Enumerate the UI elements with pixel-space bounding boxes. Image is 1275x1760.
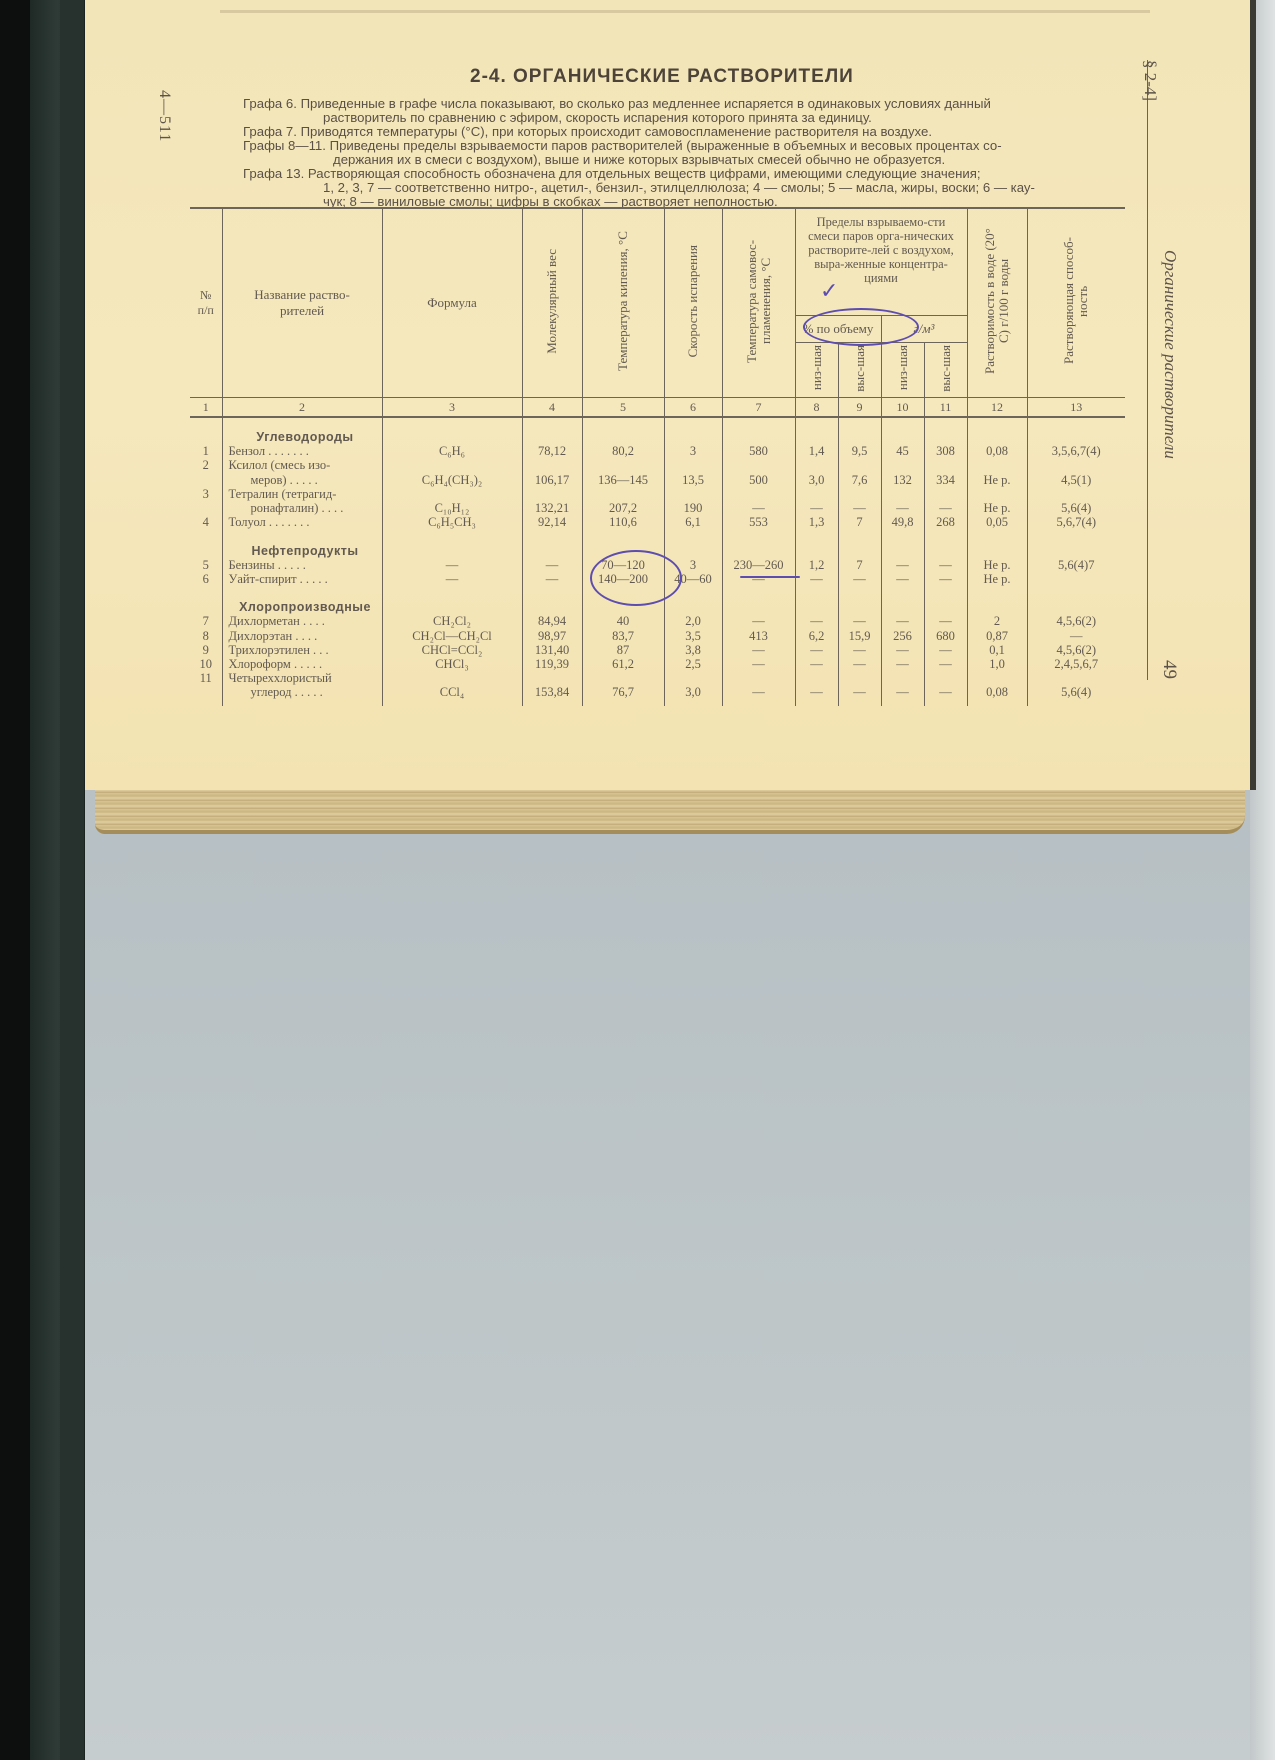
spacer: [190, 544, 222, 558]
pen-underline-autoignition: [740, 576, 800, 578]
cell-value: 119,39: [523, 657, 582, 671]
spacer: [723, 671, 795, 685]
spacer: [925, 544, 967, 558]
group-heading: Нефтепродукты: [229, 544, 382, 558]
page-number: 49: [1158, 660, 1180, 679]
header-num: № п/п: [190, 209, 222, 398]
header-formula: Формула: [382, 209, 522, 398]
spacer: [523, 586, 582, 600]
cell-value: —: [925, 643, 967, 657]
header-dissolving: Растворяющая способ-ность: [1027, 209, 1125, 398]
spacer: [1028, 671, 1126, 685]
spacer: [796, 600, 838, 614]
header-mol-weight: Молекулярный вес: [522, 209, 582, 398]
column-number: 13: [1027, 398, 1125, 418]
cell-value: —: [723, 614, 795, 628]
cell-value: —: [882, 685, 924, 699]
spacer: [1028, 430, 1126, 444]
spacer: [665, 430, 722, 444]
spacer: [383, 430, 522, 444]
solvent-name: углерод . . . . .: [229, 685, 382, 699]
spacer: [925, 487, 967, 501]
cell-value: 10: [190, 657, 222, 671]
cell-value: —: [796, 614, 838, 628]
solvents-table: № п/п Название раство-рителей Формула Мо…: [190, 207, 1125, 706]
spacer: [925, 430, 967, 444]
cell-value: 308: [925, 444, 967, 458]
spacer: [523, 430, 582, 444]
cell-value: —: [925, 501, 967, 515]
cell-value: [1028, 572, 1126, 586]
spacer: [796, 430, 838, 444]
cell-value: CH₂Cl₂: [383, 614, 522, 628]
cell-value: 7: [839, 515, 881, 529]
spacer: [968, 600, 1027, 614]
cell-value: 2: [968, 614, 1027, 628]
solvent-name: Бензол . . . . . . .: [229, 444, 382, 458]
cell-value: 413: [723, 629, 795, 643]
spacer: [665, 487, 722, 501]
column-number: 4: [522, 398, 582, 418]
cell-value: 500: [723, 473, 795, 487]
spacer: [523, 458, 582, 472]
spacer: [882, 600, 924, 614]
cell-value: —: [839, 501, 881, 515]
cell-value: C₆H₄(CH₃)₂: [383, 473, 522, 487]
cell-value: —: [839, 643, 881, 657]
spacer: [723, 458, 795, 472]
cell-value: Не р.: [968, 501, 1027, 515]
cell-value: 334: [925, 473, 967, 487]
spacer: [383, 529, 522, 543]
group-heading: Хлоропроизводные: [229, 600, 382, 614]
cell-value: 7,6: [839, 473, 881, 487]
spacer: [796, 586, 838, 600]
cell-value: 4,5,6(2): [1028, 643, 1126, 657]
cell-value: 0,08: [968, 444, 1027, 458]
cell-value: 3: [665, 444, 722, 458]
cell-value: 49,8: [882, 515, 924, 529]
column-diss: 3,5,6,7(4)4,5(1)5,6(4)5,6,7(4)5,6(4)74,5…: [1027, 417, 1125, 706]
spacer: [723, 586, 795, 600]
cell-value: —: [839, 572, 881, 586]
spacer: [925, 671, 967, 685]
spacer: [383, 671, 522, 685]
cell-value: 3,5: [665, 629, 722, 643]
cell-value: 9: [190, 643, 222, 657]
spacer: [665, 600, 722, 614]
cell-value: 83,7: [583, 629, 664, 643]
spacer: [523, 671, 582, 685]
solvent-name: Хлороформ . . . . .: [229, 657, 382, 671]
cell-value: 5,6(4)7: [1028, 558, 1126, 572]
spacer: [723, 430, 795, 444]
spacer: [723, 600, 795, 614]
cell-value: 61,2: [583, 657, 664, 671]
spacer: [723, 487, 795, 501]
solvent-name: Тетралин (тетрагид-: [229, 487, 382, 501]
cell-value: —: [723, 501, 795, 515]
spacer: [882, 458, 924, 472]
scanner-glass-background: [85, 830, 1250, 1760]
signature-mark: 4—511: [155, 90, 173, 142]
cell-value: 3,8: [665, 643, 722, 657]
spacer: [968, 487, 1027, 501]
running-title: Органические растворители: [1160, 250, 1180, 459]
solvent-name: ронафталин) . . . .: [229, 501, 382, 515]
spacer: [229, 529, 382, 543]
spacer: [1028, 586, 1126, 600]
cell-value: 6,2: [796, 629, 838, 643]
cell-value: 98,97: [523, 629, 582, 643]
group-heading: Углеводороды: [229, 430, 382, 444]
spacer: [583, 430, 664, 444]
column-mw: 78,12106,17132,2192,14——84,9498,97131,40…: [522, 417, 582, 706]
spacer: [383, 544, 522, 558]
header-g-upper: выс-шая: [924, 343, 967, 398]
cell-value: —: [796, 657, 838, 671]
cell-value: 2: [190, 458, 222, 472]
cell-value: 87: [583, 643, 664, 657]
spacer: [796, 529, 838, 543]
spacer: [190, 501, 222, 515]
spacer: [1028, 529, 1126, 543]
cell-value: 1,4: [796, 444, 838, 458]
spacer: [190, 685, 222, 699]
spacer: [665, 544, 722, 558]
header-vol-lower: низ-шая: [795, 343, 838, 398]
cell-value: C₆H₆: [383, 444, 522, 458]
spacer: [583, 529, 664, 543]
solvent-name: Толуол . . . . . . .: [229, 515, 382, 529]
cell-value: 15,9: [839, 629, 881, 643]
spacer: [882, 529, 924, 543]
cell-value: 1,2: [796, 558, 838, 572]
column-number: 1: [190, 398, 222, 418]
pen-checkmark-icon: ✓: [820, 278, 838, 304]
cell-value: 5,6,7(4): [1028, 515, 1126, 529]
cell-value: 5: [190, 558, 222, 572]
cell-value: CH₂Cl—CH₂Cl: [383, 629, 522, 643]
section-title: 2-4. ОРГАНИЧЕСКИЕ РАСТВОРИТЕЛИ: [470, 66, 854, 88]
cell-value: CCl₄: [383, 685, 522, 699]
cell-value: —: [839, 614, 881, 628]
spacer: [523, 487, 582, 501]
solvent-name: меров) . . . . .: [229, 473, 382, 487]
spacer: [583, 671, 664, 685]
cell-value: C₆H₅CH₃: [383, 515, 522, 529]
cell-value: 84,94: [523, 614, 582, 628]
spacer: [190, 600, 222, 614]
spacer: [723, 529, 795, 543]
section-mark: § 2-4]: [1140, 60, 1160, 101]
cell-value: 76,7: [583, 685, 664, 699]
header-name: Название раство-рителей: [222, 209, 382, 398]
cell-value: —: [796, 572, 838, 586]
spacer: [839, 458, 881, 472]
spacer: [925, 586, 967, 600]
column-number: 12: [967, 398, 1027, 418]
column-number: 3: [382, 398, 522, 418]
spacer: [925, 458, 967, 472]
cell-value: 11: [190, 671, 222, 685]
cell-value: 106,17: [523, 473, 582, 487]
cell-value: —: [383, 558, 522, 572]
cell-value: —: [925, 572, 967, 586]
note-line: 1, 2, 3, 7 — соответственно нитро-, ацет…: [243, 181, 1133, 195]
header-autoignition: Температура самовос-пламенения, °С: [722, 209, 795, 398]
spacer: [383, 458, 522, 472]
spacer: [968, 544, 1027, 558]
spacer: [796, 487, 838, 501]
cell-value: 3: [190, 487, 222, 501]
spacer: [839, 430, 881, 444]
cell-value: 3,0: [665, 685, 722, 699]
spacer: [968, 430, 1027, 444]
cell-value: 553: [723, 515, 795, 529]
column-number: 6: [664, 398, 722, 418]
spacer: [190, 586, 222, 600]
column-number: 2: [222, 398, 382, 418]
column-number: 5: [582, 398, 664, 418]
cell-value: 207,2: [583, 501, 664, 515]
spacer: [190, 529, 222, 543]
cell-value: 1,3: [796, 515, 838, 529]
cell-value: 6,1: [665, 515, 722, 529]
pen-circle-pct-volume: [803, 308, 919, 346]
cell-value: 190: [665, 501, 722, 515]
note-line: Графа 13. Растворяющая способность обозн…: [243, 167, 1133, 181]
cell-value: —: [723, 572, 795, 586]
spacer: [968, 458, 1027, 472]
book-cover-shade: [60, 0, 84, 1760]
spacer: [839, 600, 881, 614]
cell-value: —: [796, 501, 838, 515]
cell-value: —: [839, 685, 881, 699]
spacer: [523, 544, 582, 558]
cell-value: 0,05: [968, 515, 1027, 529]
spacer: [523, 529, 582, 543]
spacer: [839, 544, 881, 558]
page-stack-edge: [95, 785, 1245, 834]
cell-value: —: [925, 685, 967, 699]
spacer: [229, 586, 382, 600]
spacer: [882, 430, 924, 444]
cell-value: 0,08: [968, 685, 1027, 699]
spacer: [839, 671, 881, 685]
cell-value: 131,40: [523, 643, 582, 657]
cell-value: —: [882, 572, 924, 586]
cell-value: —: [839, 657, 881, 671]
spacer: [925, 529, 967, 543]
cell-value: —: [1028, 629, 1126, 643]
cell-value: —: [723, 657, 795, 671]
column-ign: 580500—553230—260——413———: [722, 417, 795, 706]
cell-value: 4,5(1): [1028, 473, 1126, 487]
cell-value: 45: [882, 444, 924, 458]
cell-value: —: [882, 643, 924, 657]
header-solubility: Растворимость в воде (20° С) г/100 г вод…: [967, 209, 1027, 398]
cell-value: 268: [925, 515, 967, 529]
cell-value: 1: [190, 444, 222, 458]
spacer: [925, 600, 967, 614]
cell-value: —: [925, 558, 967, 572]
cell-value: 7: [839, 558, 881, 572]
spacer: [583, 458, 664, 472]
spacer: [968, 671, 1027, 685]
cell-value: —: [796, 685, 838, 699]
cell-value: 92,14: [523, 515, 582, 529]
cell-value: Не р.: [968, 558, 1027, 572]
cell-value: —: [796, 643, 838, 657]
cell-value: 13,5: [665, 473, 722, 487]
cell-value: 40: [583, 614, 664, 628]
cell-value: 3,0: [796, 473, 838, 487]
cell-value: 4,5,6(2): [1028, 614, 1126, 628]
spacer: [583, 487, 664, 501]
spacer: [968, 586, 1027, 600]
note-line: Графа 6. Приведенные в графе числа показ…: [243, 97, 1133, 111]
pen-circle-petroleum-boiling: [590, 550, 682, 606]
scanner-background-left: [0, 0, 30, 1760]
spacer: [523, 600, 582, 614]
solvent-name: Четыреххлористый: [229, 671, 382, 685]
spacer: [190, 473, 222, 487]
cell-value: —: [523, 558, 582, 572]
cell-value: 9,5: [839, 444, 881, 458]
column-number: 8: [795, 398, 838, 418]
table-header-row: № п/п Название раство-рителей Формула Мо…: [190, 209, 1125, 316]
header-g-lower: низ-шая: [881, 343, 924, 398]
column-number: 9: [838, 398, 881, 418]
spacer: [1028, 544, 1126, 558]
cell-value: 256: [882, 629, 924, 643]
cell-value: —: [723, 685, 795, 699]
cell-value: 78,12: [523, 444, 582, 458]
solvent-name: Бензины . . . . .: [229, 558, 382, 572]
cell-value: 136—145: [583, 473, 664, 487]
cell-value: —: [882, 614, 924, 628]
cell-value: Не р.: [968, 473, 1027, 487]
note-line: Графа 7. Приводятся температуры (°С), пр…: [243, 125, 1133, 139]
page-fold-line: [220, 10, 1150, 13]
cell-value: —: [882, 657, 924, 671]
note-line: Графы 8—11. Приведены пределы взрываемос…: [243, 139, 1133, 153]
cell-value: 153,84: [523, 685, 582, 699]
column-v_lo: 1,43,0—1,31,2——6,2———: [795, 417, 838, 706]
spacer: [882, 671, 924, 685]
cell-value: 132,21: [523, 501, 582, 515]
cell-value: 2,0: [665, 614, 722, 628]
column-v_hi: 9,57,6—77——15,9———: [838, 417, 881, 706]
cell-value: 580: [723, 444, 795, 458]
cell-value: 0,1: [968, 643, 1027, 657]
solvent-name: Дихлорметан . . . .: [229, 614, 382, 628]
cell-value: CHCl₃: [383, 657, 522, 671]
cell-value: —: [882, 501, 924, 515]
column-n: 1234567891011: [190, 417, 222, 706]
cell-value: 3,5,6,7(4): [1028, 444, 1126, 458]
cell-value: C₁₀H₁₂: [383, 501, 522, 515]
cell-value: Не р.: [968, 572, 1027, 586]
cell-value: 4: [190, 515, 222, 529]
spacer: [665, 671, 722, 685]
column-name: УглеводородыБензол . . . . . . .Ксилол (…: [222, 417, 382, 706]
solvent-name: Трихлорэтилен . . .: [229, 643, 382, 657]
column-notes: Графа 6. Приведенные в графе числа показ…: [243, 97, 1133, 209]
spacer: [723, 544, 795, 558]
header-evap-rate: Скорость испарения: [664, 209, 722, 398]
spacer: [190, 430, 222, 444]
spacer: [383, 487, 522, 501]
column-g_lo: 45132—49,8———256———: [881, 417, 924, 706]
cell-value: 5,6(4): [1028, 501, 1126, 515]
cell-value: 7: [190, 614, 222, 628]
header-vol-upper: выс-шая: [838, 343, 881, 398]
column-g_hi: 308334—268———680———: [924, 417, 967, 706]
cell-value: —: [882, 558, 924, 572]
column-sol: 0,08Не р.Не р.0,05Не р.Не р.20,870,11,00…: [967, 417, 1027, 706]
spacer: [1028, 600, 1126, 614]
spacer: [839, 529, 881, 543]
cell-value: —: [383, 572, 522, 586]
spacer: [383, 586, 522, 600]
cell-value: 2,4,5,6,7: [1028, 657, 1126, 671]
spacer: [839, 586, 881, 600]
note-line: растворитель по сравнению с эфиром, скор…: [243, 111, 1133, 125]
spacer: [665, 458, 722, 472]
cell-value: 80,2: [583, 444, 664, 458]
running-head-rule: [1147, 60, 1148, 680]
spacer: [882, 586, 924, 600]
spacer: [796, 544, 838, 558]
header-boiling-temp: Температура кипения, °С: [582, 209, 664, 398]
cell-value: —: [723, 643, 795, 657]
spacer: [796, 458, 838, 472]
cell-value: CHCl=CCl₂: [383, 643, 522, 657]
cell-value: 132: [882, 473, 924, 487]
column-number: 10: [881, 398, 924, 418]
spacer: [665, 529, 722, 543]
solvent-name: Уайт-спирит . . . . .: [229, 572, 382, 586]
cell-value: —: [925, 657, 967, 671]
column-formula: C₆H₆C₆H₄(CH₃)₂C₁₀H₁₂C₆H₅CH₃——CH₂Cl₂CH₂Cl…: [382, 417, 522, 706]
cell-value: 8: [190, 629, 222, 643]
column-number: 7: [722, 398, 795, 418]
spacer: [882, 544, 924, 558]
cell-value: 5,6(4): [1028, 685, 1126, 699]
spacer: [383, 600, 522, 614]
spacer: [882, 487, 924, 501]
spacer: [968, 529, 1027, 543]
solvent-name: Дихлорэтан . . . .: [229, 629, 382, 643]
cell-value: 2,5: [665, 657, 722, 671]
spacer: [839, 487, 881, 501]
cell-value: 0,87: [968, 629, 1027, 643]
note-line: держания их в смеси с воздухом), выше и …: [243, 153, 1133, 167]
spacer: [1028, 487, 1126, 501]
solvent-name: Ксилол (смесь изо-: [229, 458, 382, 472]
spacer: [1028, 458, 1126, 472]
cell-value: —: [523, 572, 582, 586]
spacer: [796, 671, 838, 685]
cell-value: 6: [190, 572, 222, 586]
column-number-row: 12345678910111213: [190, 398, 1125, 418]
cell-value: 1,0: [968, 657, 1027, 671]
cell-value: 230—260: [723, 558, 795, 572]
column-number: 11: [924, 398, 967, 418]
cell-value: 680: [925, 629, 967, 643]
